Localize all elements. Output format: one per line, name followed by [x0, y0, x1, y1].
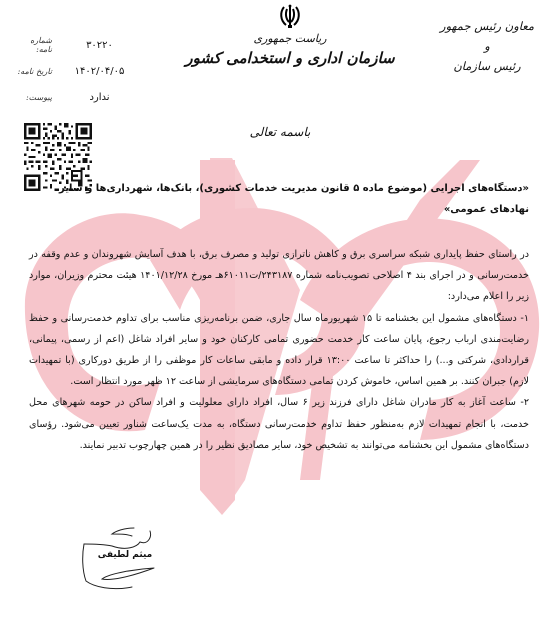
letter-number-label: شماره نامه: [12, 36, 52, 54]
deputy-title-block: معاون رئیس جمهور و رئیس سازمان [437, 16, 537, 76]
signature-block: میثم لطیفی [82, 525, 164, 593]
presidency-label: ریاست جمهوری [180, 32, 400, 45]
letter-number-value: ۳۰۲۲۰ [62, 40, 137, 51]
organization-header: ریاست جمهوری سازمان اداری و استخدامی کشو… [180, 4, 400, 67]
body-item-1: ۱- دستگاه‌های مشمول این بخشنامه تا ۱۵ شه… [29, 308, 529, 393]
meta-row-letter-date: ۱۴۰۲/۰۴/۰۵ تاریخ نامه: [12, 58, 137, 84]
deputy-title-line3: رئیس سازمان [437, 56, 537, 76]
meta-row-letter-number: ۳۰۲۲۰ شماره نامه: [12, 32, 137, 58]
letter-date-value: ۱۴۰۲/۰۴/۰۵ [62, 66, 137, 77]
attachment-value: ندارد [62, 92, 137, 103]
iran-emblem-icon [279, 4, 301, 30]
deputy-title-line2: و [437, 36, 537, 56]
letter-body: در راستای حفظ پایداری شبکه سراسری برق و … [29, 244, 529, 456]
organization-name: سازمان اداری و استخدامی کشور [180, 49, 400, 67]
body-item-2: ۲- ساعت آغاز به کار مادران شاغل دارای فر… [29, 392, 529, 456]
signer-name: میثم لطیفی [94, 550, 156, 560]
basmala-heading: باسمه تعالی [220, 125, 340, 139]
deputy-title-line1: معاون رئیس جمهور [437, 16, 537, 36]
letter-date-label: تاریخ نامه: [12, 67, 52, 76]
body-intro-paragraph: در راستای حفظ پایداری شبکه سراسری برق و … [29, 244, 529, 308]
letter-meta: ۳۰۲۲۰ شماره نامه: ۱۴۰۲/۰۴/۰۵ تاریخ نامه:… [12, 32, 137, 110]
addressee: «دستگاه‌های اجرایی (موضوع ماده ۵ قانون م… [29, 178, 529, 220]
attachment-label: پیوست: [12, 93, 52, 102]
meta-row-attachment: ندارد پیوست: [12, 84, 137, 110]
